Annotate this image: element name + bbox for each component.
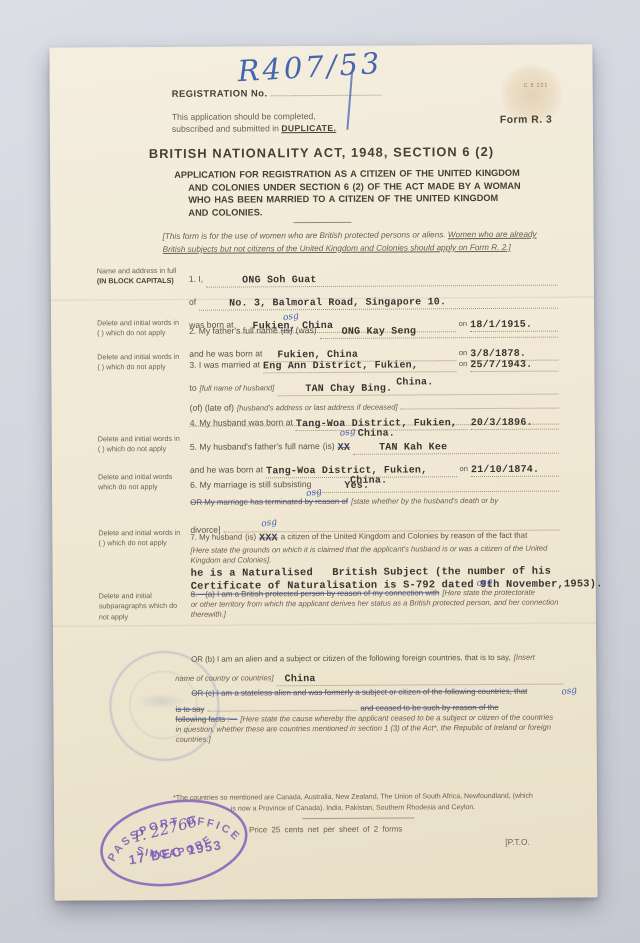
margin-note: Delete and initial words which do not ap… <box>98 471 184 536</box>
typed-value: No. 3, Balmoral Road, Singapore 10. <box>229 297 446 309</box>
duplicate-emphasis: DUPLICATE. <box>281 123 336 133</box>
typed-value: China. <box>396 377 433 388</box>
or-c-clause: OR (c) I am a stateless alien and was fo… <box>191 686 571 743</box>
pto-note: [P.T.O. <box>505 837 530 847</box>
registration-number-handwritten: R407/53 <box>237 46 384 88</box>
typed-value: ONG Soh Guat <box>242 275 316 286</box>
footer-divider <box>302 817 414 819</box>
registration-number-line <box>270 86 381 97</box>
struck-clause: OR (c) I am a stateless alien and was fo… <box>191 687 527 698</box>
fold-crease <box>53 622 596 628</box>
ghost-stamp <box>109 651 220 762</box>
typed-value: he is a Naturalised British Subject (the… <box>191 566 551 580</box>
passport-stamp-number: P. 22766 <box>131 812 199 846</box>
divider-rule <box>293 222 351 223</box>
form-subtitle: APPLICATION FOR REGISTRATION AS A CITIZE… <box>174 167 546 220</box>
typed-value: TAN Chay Bing. <box>305 384 392 396</box>
overtype-x: XX <box>338 443 350 454</box>
initials-ink: osg <box>282 311 299 323</box>
initials-ink: osg <box>260 517 277 529</box>
margin-note: Delete and initial words in ( ) which do… <box>98 527 184 593</box>
corner-code: C 5 221 <box>524 83 549 89</box>
photo-background: REGISTRATION No. R407/53 C 5 221 This ap… <box>0 0 640 943</box>
typed-value: Eng Ann District, Fukien, <box>263 360 418 372</box>
typed-value: Yes. <box>344 481 369 492</box>
margin-note: Delete and initial subparagraphs which d… <box>99 590 185 623</box>
struck-clause: 8.—(a) I am a British protected person b… <box>191 588 440 599</box>
date-value: 20/3/1896. <box>471 418 533 429</box>
passport-office-stamp: PASSPORT OFFICE P. 22766 17 DEC 1953 SIN… <box>89 785 259 906</box>
initials-ink: osg <box>561 685 578 697</box>
typed-value: TAN Kah Kee <box>379 442 447 453</box>
struck-clause: OR My marriage has terminated by reason … <box>190 497 348 507</box>
usage-note: [This form is for the use of women who a… <box>163 229 567 257</box>
typed-value: China <box>285 674 316 685</box>
or-b-clause: OR (b) I am an alien and a subject or ci… <box>191 653 563 687</box>
form-ref: Form R. 3 <box>500 115 552 126</box>
overtype-x: XXX <box>259 533 278 544</box>
date-value: 25/7/1943. <box>470 360 532 371</box>
registration-label: REGISTRATION No. <box>172 87 268 99</box>
completion-note: This application should be completed, su… <box>172 110 336 135</box>
form-item-8: Delete and initial subparagraphs which d… <box>99 588 560 623</box>
form-title: BRITISH NATIONALITY ACT, 1948, SECTION 6… <box>50 143 593 161</box>
typed-value: ONG Kay Seng <box>342 326 416 337</box>
form-document: REGISTRATION No. R407/53 C 5 221 This ap… <box>49 44 597 900</box>
